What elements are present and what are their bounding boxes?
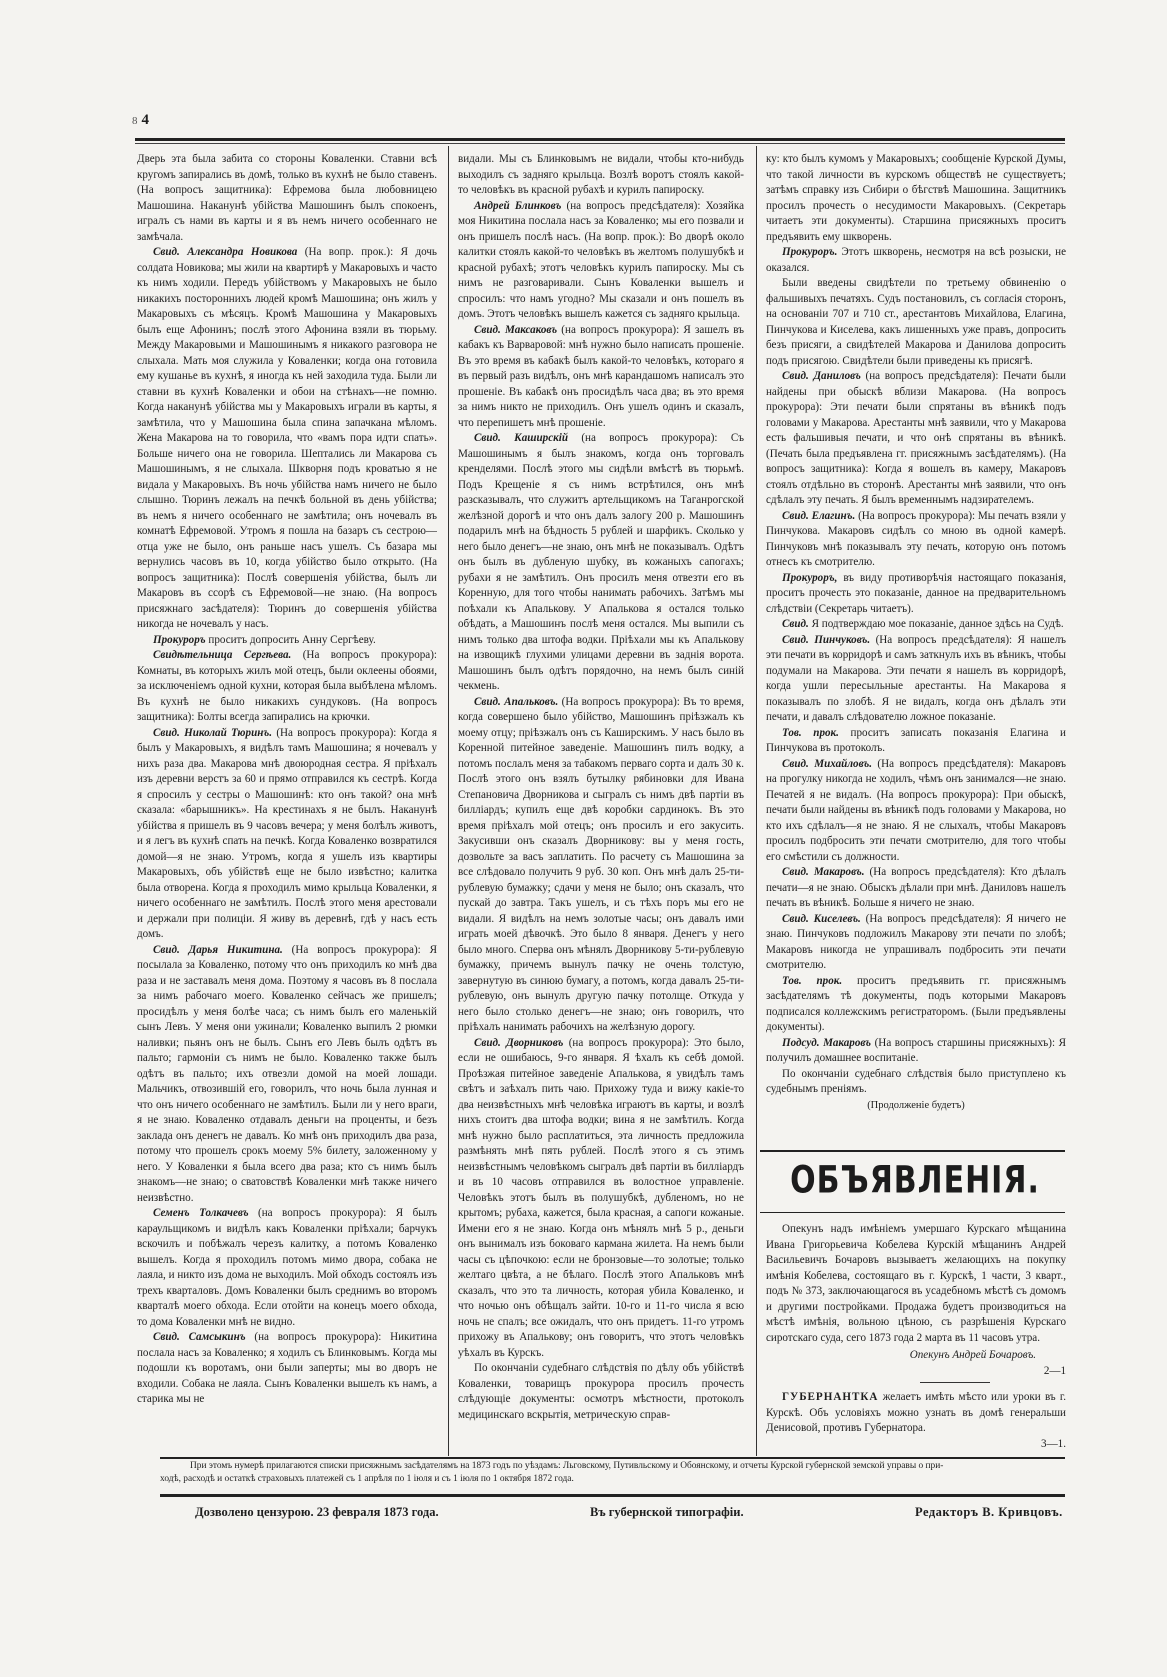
paragraph: Свид. Александра Новикова (На вопр. прок… bbox=[137, 245, 437, 633]
speaker-name: Свид. Александра Новикова bbox=[153, 246, 297, 258]
column-divider bbox=[448, 146, 449, 1456]
column-divider bbox=[756, 146, 757, 1456]
notice-rule-top bbox=[160, 1457, 1065, 1459]
ad-body: Опекунъ надъ имѣніемъ умершаго Курскаго … bbox=[766, 1222, 1066, 1346]
speaker-name: Свид. Пинчуковъ. bbox=[782, 634, 870, 646]
paragraph-text: (На вопросъ предсѣдателя): Я нашелъ эти … bbox=[766, 634, 1066, 724]
paragraph-text: (на вопросъ прокурора): Я былъ караульщи… bbox=[137, 1207, 437, 1328]
paragraph: Свид. Пинчуковъ. (На вопросъ предсѣдател… bbox=[766, 633, 1066, 726]
paragraph-text: Дверь эта была забита со стороны Ковален… bbox=[137, 153, 437, 243]
paragraph: Прокуроръ. Этотъ шкворень, несмотря на в… bbox=[766, 245, 1066, 276]
paragraph: ку: кто былъ кумомъ у Макаровыхъ; сообще… bbox=[766, 152, 1066, 245]
paragraph: Семенъ Толкачевъ (на вопросъ прокурора):… bbox=[137, 1206, 437, 1330]
paragraph-text: (на вопросъ прокурора): Это было, если н… bbox=[458, 1037, 744, 1359]
paragraph: Тов. прок. проситъ предъявить гг. присяж… bbox=[766, 974, 1066, 1036]
speaker-name: Свид. Елагинъ. bbox=[782, 510, 855, 522]
paragraph-text: (на вопросъ прокурора): Я зашелъ въ каба… bbox=[458, 324, 744, 429]
paragraph: Свид. Даниловъ (на вопросъ предсѣдателя)… bbox=[766, 369, 1066, 509]
paragraph: Дверь эта была забита со стороны Ковален… bbox=[137, 152, 437, 245]
paragraph-text: (На вопр. прок.): Я дочь солдата Новиков… bbox=[137, 246, 437, 630]
paragraph-text: (На вопросъ прокурора): Въ то время, ког… bbox=[458, 696, 744, 1034]
page-mark: 8 bbox=[132, 115, 138, 127]
speaker-name: Свид. Дарья Никитина. bbox=[153, 944, 283, 956]
supplement-notice: При этомъ нумерѣ прилагаются списки прис… bbox=[160, 1460, 1065, 1486]
column-1: Дверь эта была забита со стороны Ковален… bbox=[137, 152, 437, 1452]
speaker-name: Тов. прок. bbox=[782, 727, 839, 739]
paragraph: Свид. Елагинъ. (На вопросъ прокурора): М… bbox=[766, 509, 1066, 571]
speaker-name: Тов. прок. bbox=[782, 975, 842, 987]
continuation-note: (Продолженіе будетъ) bbox=[766, 1098, 1066, 1114]
censor-approval: Дозволено цензурою. 23 февраля 1873 года… bbox=[195, 1505, 439, 1520]
page-number-value: 4 bbox=[142, 112, 150, 128]
paragraph-text: (На вопросъ прокурора): Я посылала за Ко… bbox=[137, 944, 437, 1204]
paragraph-text: (На вопросъ прокурора): Когда я былъ у М… bbox=[137, 727, 437, 941]
speaker-name: Подсуд. Макаровъ bbox=[782, 1037, 871, 1049]
ad-signature: Опекунъ Андрей Бочаровъ. bbox=[766, 1348, 1066, 1364]
speaker-name: Прокуроръ bbox=[153, 634, 206, 646]
speaker-name: Свид. Максаковъ bbox=[474, 324, 557, 336]
advertisement-sale: Опекунъ надъ имѣніемъ умершаго Курскаго … bbox=[766, 1222, 1066, 1379]
paragraph-text: Были введены свидѣтели по третьему обвин… bbox=[766, 277, 1066, 367]
speaker-name: Свидѣтельница Сергѣева. bbox=[153, 649, 291, 661]
speaker-name: Свид. bbox=[782, 618, 809, 630]
paragraph: Свид. Николай Тюринъ. (На вопросъ прокур… bbox=[137, 726, 437, 943]
speaker-name: Свид. Киселевъ. bbox=[782, 913, 861, 925]
paragraph: Свид. Киселевъ. (На вопросъ предсѣдателя… bbox=[766, 912, 1066, 974]
paragraph: Тов. прок. проситъ записать показанія Ел… bbox=[766, 726, 1066, 757]
paragraph-text: ку: кто былъ кумомъ у Макаровыхъ; сообще… bbox=[766, 153, 1066, 243]
speaker-name: Андрей Блинковъ bbox=[474, 200, 561, 212]
paragraph: Свид. Каширскій (на вопросъ прокурора): … bbox=[458, 431, 744, 695]
paragraph-text: Я подтверждаю мое показаніе, данное здѣс… bbox=[809, 618, 1064, 630]
header-rule bbox=[135, 138, 1065, 141]
notice-line-2: ходѣ, расходѣ и остаткѣ страховыхъ плате… bbox=[160, 1473, 1065, 1486]
speaker-name: Прокуроръ, bbox=[782, 572, 837, 584]
paragraph: По окончаніи судебнаго слѣдствія было пр… bbox=[766, 1067, 1066, 1098]
paragraph: Свид. Дворниковъ (на вопросъ прокурора):… bbox=[458, 1036, 744, 1362]
paragraph: Свид. Макаровъ. (На вопросъ предсѣдателя… bbox=[766, 865, 1066, 912]
paragraph-text: (На вопросъ предсѣдателя): Макаровъ на п… bbox=[766, 758, 1066, 863]
speaker-name: Свид. Михайловъ. bbox=[782, 758, 872, 770]
advertisement-governess: ГУБЕРНАНТКА желаетъ имѣть мѣсто или урок… bbox=[766, 1390, 1066, 1452]
paragraph: Свид. Я подтверждаю мое показаніе, данно… bbox=[766, 617, 1066, 633]
paragraph: Были введены свидѣтели по третьему обвин… bbox=[766, 276, 1066, 369]
ad-number: 3—1. bbox=[766, 1437, 1066, 1453]
paragraph-text: (на вопросъ предсѣдателя): Печати были н… bbox=[766, 370, 1066, 506]
ads-rule-top bbox=[760, 1150, 1065, 1152]
editor-line: Редакторъ В. Кривцовъ. bbox=[915, 1505, 1063, 1520]
ads-rule-bottom bbox=[760, 1212, 1065, 1213]
speaker-name: Свид. Макаровъ. bbox=[782, 866, 865, 878]
page-number: 84 bbox=[132, 112, 149, 129]
speaker-name: Свид. Апальковъ. bbox=[474, 696, 558, 708]
paragraph: видали. Мы съ Блинковымъ не видали, чтоб… bbox=[458, 152, 744, 199]
header-rule-thin bbox=[135, 143, 1065, 144]
paragraph-text: По окончаніи судебнаго слѣдствія было пр… bbox=[766, 1068, 1066, 1096]
speaker-name: Свид. Дворниковъ bbox=[474, 1037, 563, 1049]
notice-rule-bottom bbox=[160, 1494, 1065, 1497]
speaker-name: Свид. Николай Тюринъ. bbox=[153, 727, 272, 739]
paragraph-text: проситъ допросить Анну Сергѣеву. bbox=[206, 634, 376, 646]
paragraph: Свид. Михайловъ. (На вопросъ предсѣдател… bbox=[766, 757, 1066, 866]
paragraph: Свид. Дарья Никитина. (На вопросъ прокур… bbox=[137, 943, 437, 1207]
paragraph: Прокуроръ проситъ допросить Анну Сергѣев… bbox=[137, 633, 437, 649]
paragraph: Подсуд. Макаровъ (На вопросъ старшины пр… bbox=[766, 1036, 1066, 1067]
speaker-name: Прокуроръ. bbox=[782, 246, 837, 258]
paragraph: Свид. Апальковъ. (На вопросъ прокурора):… bbox=[458, 695, 744, 1036]
paragraph: Андрей Блинковъ (на вопросъ предсѣдателя… bbox=[458, 199, 744, 323]
paragraph: Свид. Самсыкинъ (на вопросъ прокурора): … bbox=[137, 1330, 437, 1408]
ad-number: 2—1 bbox=[766, 1364, 1066, 1380]
ad-separator bbox=[920, 1382, 990, 1383]
paragraph: Прокуроръ, въ виду противорѣчія настояща… bbox=[766, 571, 1066, 618]
paragraph-text: видали. Мы съ Блинковымъ не видали, чтоб… bbox=[458, 153, 744, 196]
paragraph: По окончаніи судебнаго слѣдствія по дѣлу… bbox=[458, 1361, 744, 1423]
column-3: ку: кто былъ кумомъ у Макаровыхъ; сообще… bbox=[766, 152, 1066, 1154]
speaker-name: Семенъ Толкачевъ bbox=[153, 1207, 249, 1219]
ad-caps-heading: ГУБЕРНАНТКА bbox=[782, 1391, 878, 1403]
printer-line: Въ губернской типографіи. bbox=[590, 1505, 744, 1520]
paragraph-text: (на вопросъ прокурора): Съ Машошинымъ я … bbox=[458, 432, 744, 692]
speaker-name: Свид. Даниловъ bbox=[782, 370, 861, 382]
column-2: видали. Мы съ Блинковымъ не видали, чтоб… bbox=[458, 152, 744, 1452]
notice-line-1: При этомъ нумерѣ прилагаются списки прис… bbox=[160, 1460, 1065, 1473]
paragraph: Свид. Максаковъ (на вопросъ прокурора): … bbox=[458, 323, 744, 432]
speaker-name: Свид. Самсыкинъ bbox=[153, 1331, 246, 1343]
paragraph: Свидѣтельница Сергѣева. (На вопросъ прок… bbox=[137, 648, 437, 726]
paragraph-text: По окончаніи судебнаго слѣдствія по дѣлу… bbox=[458, 1362, 744, 1421]
ads-heading: ОБЪЯВЛЕНІЯ. bbox=[770, 1159, 1060, 1203]
paragraph-text: (на вопросъ предсѣдателя): Хозяйка моя Н… bbox=[458, 200, 744, 321]
speaker-name: Свид. Каширскій bbox=[474, 432, 568, 444]
